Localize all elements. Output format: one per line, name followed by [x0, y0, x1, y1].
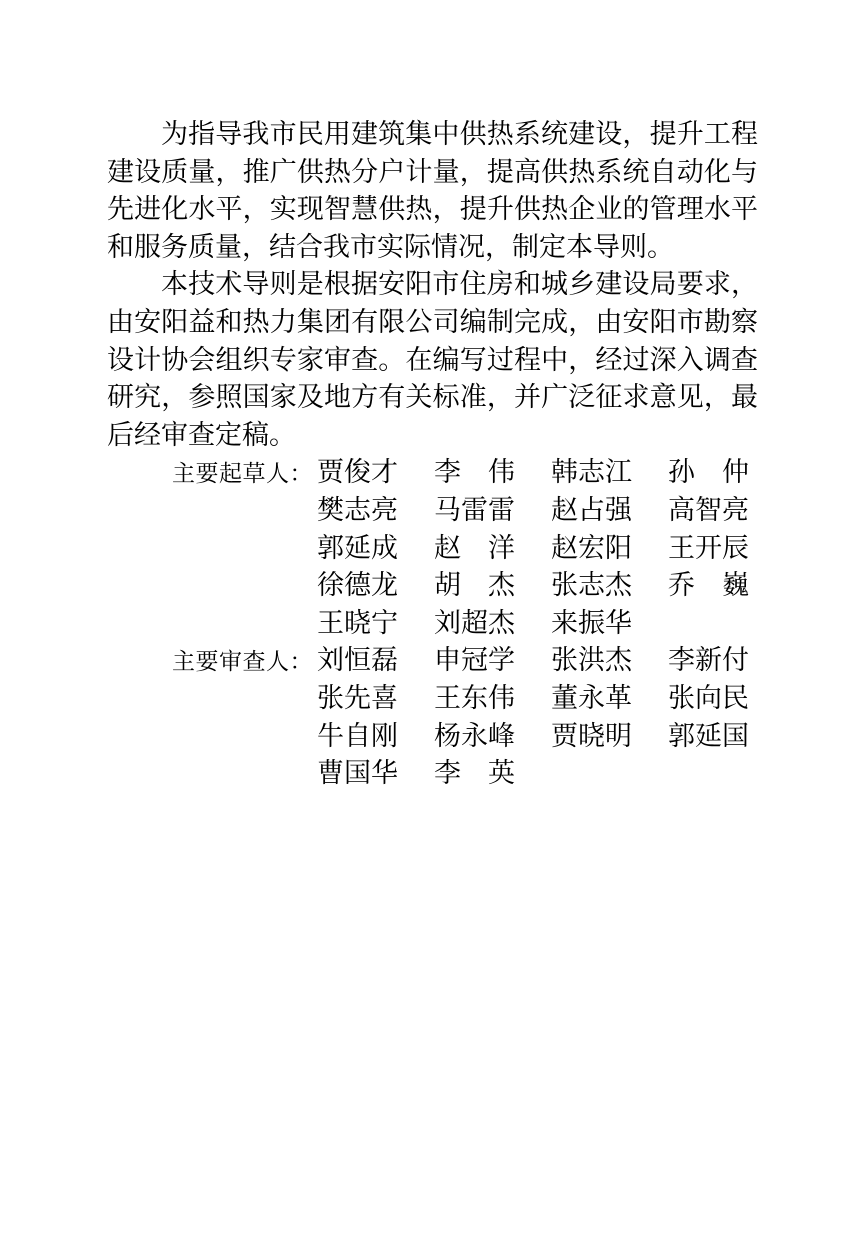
- reviewers-label: 主要审查人：: [172, 649, 313, 674]
- drafters-label: 主要起草人：: [172, 461, 313, 486]
- drafter-name: 马雷雷: [434, 492, 515, 530]
- drafters-label-slot: 主要起草人：: [107, 454, 317, 493]
- drafter-name: 郭延成: [317, 530, 398, 568]
- drafter-name: 赵 洋: [434, 530, 515, 568]
- reviewer-name: 申冠学: [434, 642, 515, 680]
- page-content: 为指导我市民用建筑集中供热系统建设，提升工程建设质量，推广供热分户计量，提高供热…: [107, 116, 758, 793]
- reviewer-name: 李 英: [434, 755, 515, 793]
- drafter-name: 乔 巍: [668, 567, 749, 605]
- document-page: 为指导我市民用建筑集中供热系统建设，提升工程建设质量，推广供热分户计量，提高供热…: [0, 0, 857, 1241]
- reviewer-name: 王东伟: [434, 680, 515, 718]
- drafter-name: 刘超杰: [434, 605, 515, 643]
- reviewers-row-4: 曹国华 李 英: [107, 755, 758, 793]
- reviewers-row-2: 张先喜 王东伟 董永革 张向民: [107, 680, 758, 718]
- reviewers-label-slot: 主要审查人：: [107, 642, 317, 681]
- reviewers-row-1: 主要审查人： 刘恒磊 申冠学 张洪杰 李新付: [107, 642, 758, 680]
- drafter-name: 赵宏阳: [551, 530, 632, 568]
- drafter-name: 高智亮: [668, 492, 749, 530]
- reviewer-name: 张洪杰: [551, 642, 632, 680]
- drafter-name: 来振华: [551, 605, 632, 643]
- reviewers-row-3: 牛自刚 杨永峰 贾晓明 郭延国: [107, 718, 758, 756]
- drafter-name: 胡 杰: [434, 567, 515, 605]
- drafter-name: 樊志亮: [317, 492, 398, 530]
- drafter-name: 张志杰: [551, 567, 632, 605]
- reviewer-name: 董永革: [551, 680, 632, 718]
- reviewer-name: 刘恒磊: [317, 642, 398, 680]
- drafters-row-2: 樊志亮 马雷雷 赵占强 高智亮: [107, 492, 758, 530]
- drafter-name: 王开辰: [668, 530, 749, 568]
- drafter-name: 徐德龙: [317, 567, 398, 605]
- drafters-row-3: 郭延成 赵 洋 赵宏阳 王开辰: [107, 530, 758, 568]
- reviewer-name: 杨永峰: [434, 718, 515, 756]
- drafter-name: 李 伟: [434, 454, 515, 492]
- credits-section: 主要起草人： 贾俊才 李 伟 韩志江 孙 仲 樊志亮 马雷雷 赵占强 高智亮 郭…: [107, 454, 758, 792]
- drafter-name: 孙 仲: [668, 454, 749, 492]
- reviewer-name: 张先喜: [317, 680, 398, 718]
- reviewer-name: 张向民: [668, 680, 749, 718]
- drafter-name: 王晓宁: [317, 605, 398, 643]
- drafter-name: 贾俊才: [317, 454, 398, 492]
- reviewer-name: 郭延国: [668, 718, 749, 756]
- drafters-row-5: 王晓宁 刘超杰 来振华: [107, 605, 758, 643]
- background-paragraph: 本技术导则是根据安阳市住房和城乡建设局要求，由安阳益和热力集团有限公司编制完成，…: [107, 266, 758, 454]
- reviewer-name: 曹国华: [317, 755, 398, 793]
- drafters-row-4: 徐德龙 胡 杰 张志杰 乔 巍: [107, 567, 758, 605]
- reviewer-name: 贾晓明: [551, 718, 632, 756]
- reviewer-name: 牛自刚: [317, 718, 398, 756]
- drafters-row-1: 主要起草人： 贾俊才 李 伟 韩志江 孙 仲: [107, 454, 758, 492]
- reviewer-name: 李新付: [668, 642, 749, 680]
- intro-paragraph: 为指导我市民用建筑集中供热系统建设，提升工程建设质量，推广供热分户计量，提高供热…: [107, 116, 758, 266]
- drafter-name: 韩志江: [551, 454, 632, 492]
- drafter-name: 赵占强: [551, 492, 632, 530]
